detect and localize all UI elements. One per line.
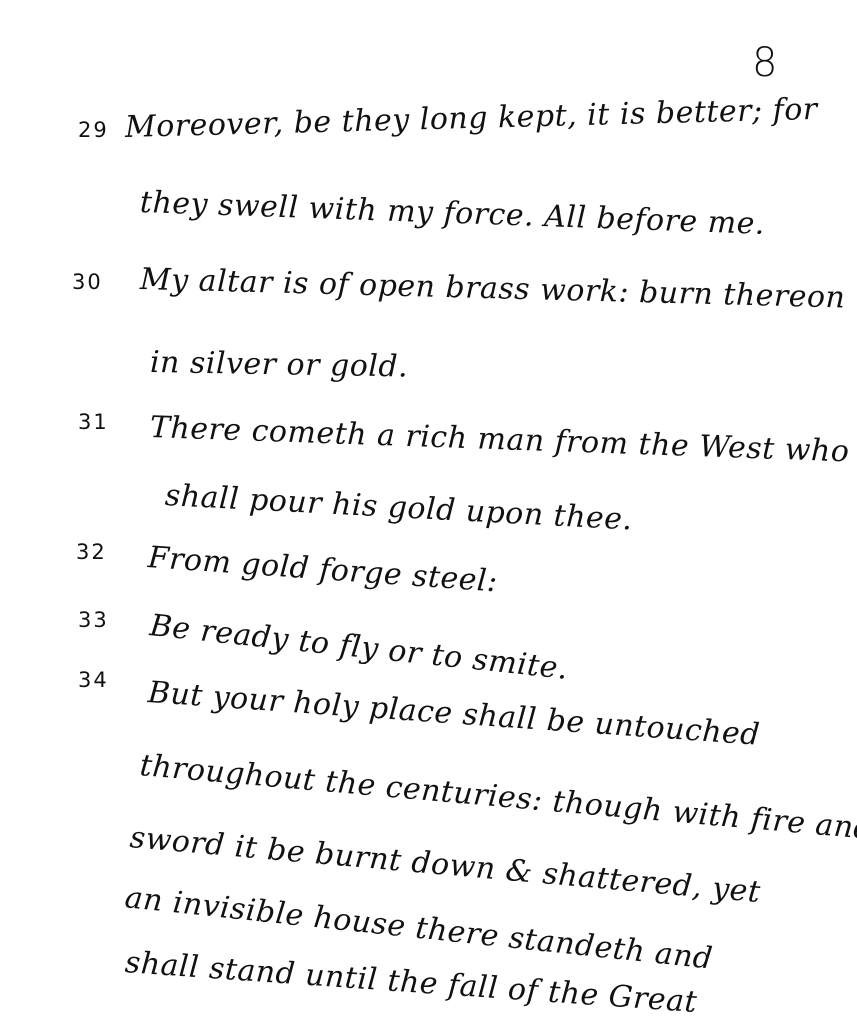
verse-number: 31 [78,410,109,434]
verse-number: 29 [78,118,109,142]
verse-line: There cometh a rich man from the West wh… [149,410,850,469]
verse-line: Moreover, be they long kept, it is bette… [125,92,796,145]
verse-number: 34 [78,668,109,692]
verse-line: in silver or gold. [150,345,409,385]
verse-line: shall pour his gold upon thee. [164,478,633,537]
verse-line: From gold forge steel: [147,540,499,599]
verse-line: they swell with my force. All before me. [139,185,765,242]
verse-line: My altar is of open brass work: burn the… [140,262,846,315]
verse-number: 33 [78,608,109,632]
verse-line: Be ready to fly or to smite. [148,608,570,687]
verse-number: 32 [76,540,107,564]
page-number: 8 [752,40,777,86]
verse-number: 30 [72,270,103,294]
verse-line: But your holy place shall be untouched [147,675,761,753]
